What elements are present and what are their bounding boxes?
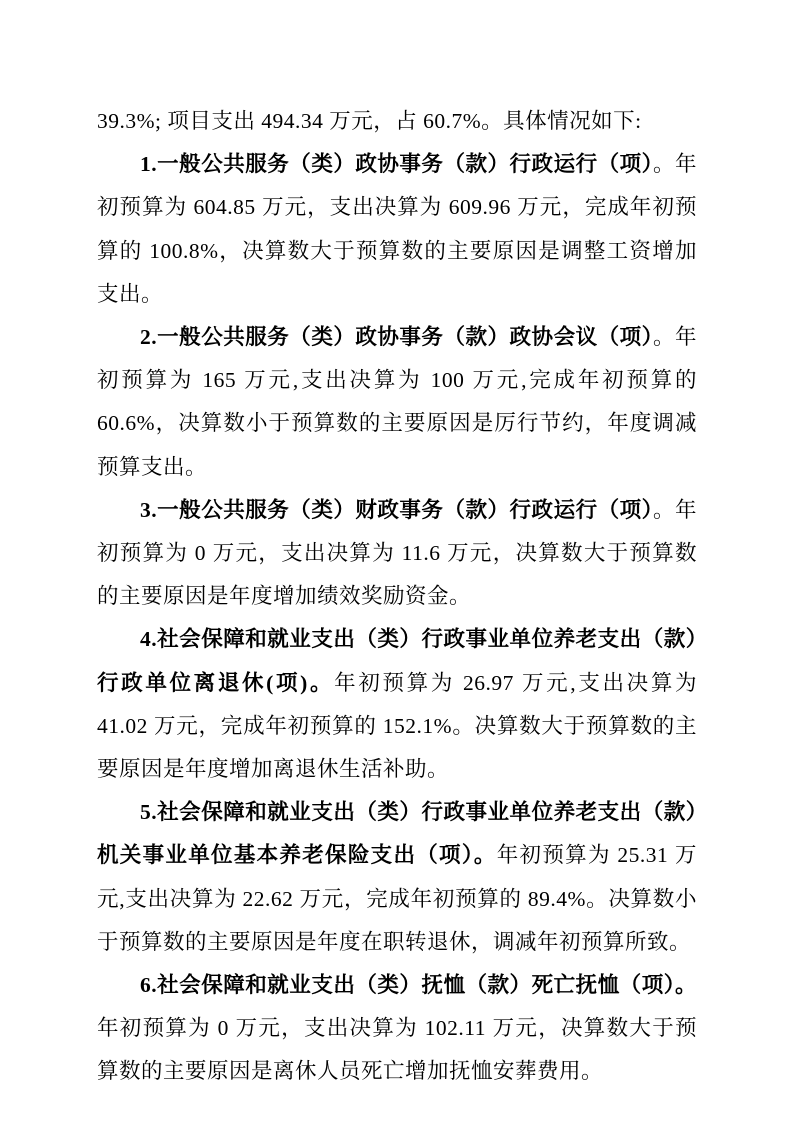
paragraph-3-heading: 3.一般公共服务（类）财政事务（款）行政运行（项） xyxy=(140,498,653,522)
paragraph-6-body: 年初预算为 0 万元，支出决算为 102.11 万元，决算数大于预算数的主要原因… xyxy=(97,1016,697,1083)
budget-paragraph-2: 2.一般公共服务（类）政协事务（款）政协会议（项）。年初预算为 165 万元,支… xyxy=(97,316,697,489)
budget-paragraph-6: 6.社会保障和就业支出（类）抚恤（款）死亡抚恤（项）。年初预算为 0 万元，支出… xyxy=(97,964,697,1094)
document-page: 39.3%; 项目支出 494.34 万元，占 60.7%。具体情况如下: 1.… xyxy=(0,0,793,1122)
paragraph-1-heading: 1.一般公共服务（类）政协事务（款）行政运行（项） xyxy=(140,152,653,176)
budget-paragraph-4: 4.社会保障和就业支出（类）行政事业单位养老支出（款）行政单位离退休(项)。年初… xyxy=(97,618,697,791)
budget-paragraph-1: 1.一般公共服务（类）政协事务（款）行政运行（项）。年初预算为 604.85 万… xyxy=(97,143,697,316)
budget-paragraph-5: 5.社会保障和就业支出（类）行政事业单位养老支出（款）机关事业单位基本养老保险支… xyxy=(97,791,697,964)
intro-line: 39.3%; 项目支出 494.34 万元，占 60.7%。具体情况如下: xyxy=(97,100,697,143)
budget-paragraph-3: 3.一般公共服务（类）财政事务（款）行政运行（项）。年初预算为 0 万元，支出决… xyxy=(97,489,697,619)
paragraph-6-heading: 6.社会保障和就业支出（类）抚恤（款）死亡抚恤（项）。 xyxy=(140,973,697,997)
paragraph-2-heading: 2.一般公共服务（类）政协事务（款）政协会议（项） xyxy=(140,325,653,349)
